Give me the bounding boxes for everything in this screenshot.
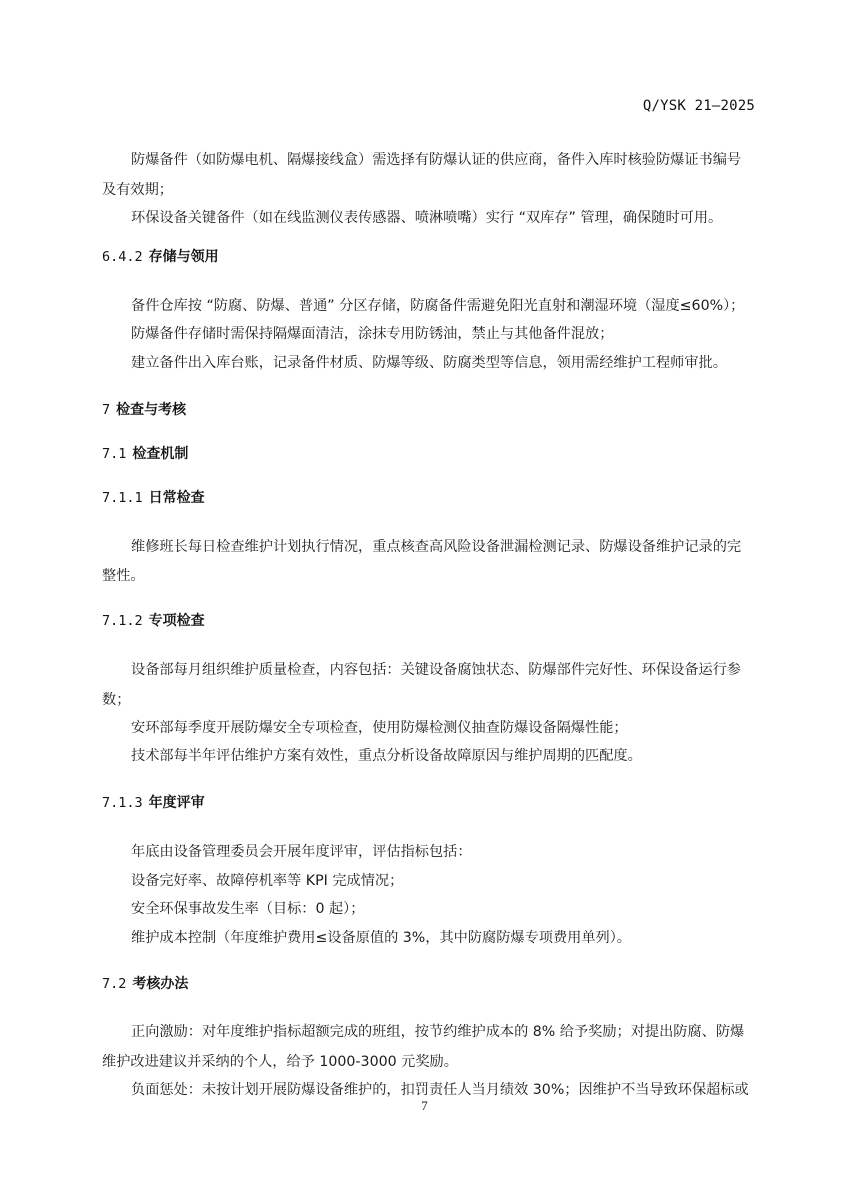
paragraph-kpi: 设备完好率、故障停机率等 KPI 完成情况； bbox=[131, 871, 801, 891]
section-number: 7.1.3 bbox=[102, 795, 143, 811]
paragraph-annual-review-intro: 年底由设备管理委员会开展年度评审，评估指标包括： bbox=[131, 842, 801, 862]
paragraph-semiannual-review: 技术部每半年评估维护方案有效性，重点分析设备故障原因与维护周期的匹配度。 bbox=[131, 746, 801, 766]
section-heading-7-1: 7.1检查机制 bbox=[102, 444, 188, 464]
section-number: 6.4.2 bbox=[102, 249, 143, 265]
paragraph-storage-zoning: 备件仓库按 “防腐、防爆、普通” 分区存储，防腐备件需避免阳光直射和潮湿环境（湿… bbox=[131, 296, 801, 316]
paragraph-positive-incentive-line1: 正向激励：对年度维护指标超额完成的班组，按节约维护成本的 8% 给予奖励；对提出… bbox=[131, 1022, 801, 1042]
paragraph-accident-rate: 安全环保事故发生率（目标：0 起）； bbox=[131, 899, 801, 919]
section-number: 7.1 bbox=[102, 446, 126, 462]
paragraph-daily-check-line2: 整性。 bbox=[102, 566, 772, 586]
document-code: Q/YSK 21—2025 bbox=[643, 98, 755, 114]
section-title: 存储与领用 bbox=[149, 249, 219, 265]
paragraph-quarterly-check: 安环部每季度开展防爆安全专项检查，使用防爆检测仪抽查防爆设备隔爆性能； bbox=[131, 718, 801, 738]
paragraph-cost-control: 维护成本控制（年度维护费用≤设备原值的 3%，其中防腐防爆专项费用单列）。 bbox=[131, 928, 801, 948]
section-heading-6-4-2: 6.4.2存储与领用 bbox=[102, 247, 219, 267]
section-number: 7.1.2 bbox=[102, 613, 143, 629]
paragraph-explosion-proof-spares-line1: 防爆备件（如防爆电机、隔爆接线盒）需选择有防爆认证的供应商，备件入库时核验防爆证… bbox=[131, 150, 801, 170]
page-number: 7 bbox=[0, 1098, 849, 1114]
paragraph-env-spares: 环保设备关键备件（如在线监测仪表传感器、喷淋喷嘴）实行 “双库存” 管理，确保随… bbox=[131, 208, 801, 228]
section-title: 年度评审 bbox=[149, 795, 205, 811]
section-number: 7 bbox=[102, 402, 110, 418]
paragraph-daily-check-line1: 维修班长每日检查维护计划执行情况，重点核查高风险设备泄漏检测记录、防爆设备维护记… bbox=[131, 537, 801, 557]
section-number: 7.2 bbox=[102, 976, 126, 992]
paragraph-storage-ledger: 建立备件出入库台账，记录备件材质、防爆等级、防腐类型等信息，领用需经维护工程师审… bbox=[131, 353, 801, 373]
section-title: 检查机制 bbox=[132, 446, 188, 462]
section-heading-7-1-1: 7.1.1日常检查 bbox=[102, 488, 205, 508]
section-heading-7-1-2: 7.1.2专项检查 bbox=[102, 611, 205, 631]
paragraph-positive-incentive-line2: 维护改进建议并采纳的个人，给予 1000-3000 元奖励。 bbox=[102, 1052, 772, 1072]
section-title: 检查与考核 bbox=[116, 402, 186, 418]
paragraph-negative-penalty: 负面惩处：未按计划开展防爆设备维护的，扣罚责任人当月绩效 30%；因维护不当导致… bbox=[131, 1080, 801, 1100]
section-heading-7-1-3: 7.1.3年度评审 bbox=[102, 793, 205, 813]
section-title: 考核办法 bbox=[132, 976, 188, 992]
section-heading-7-2: 7.2考核办法 bbox=[102, 974, 188, 994]
document-page: Q/YSK 21—2025 防爆备件（如防爆电机、隔爆接线盒）需选择有防爆认证的… bbox=[0, 0, 849, 1200]
paragraph-explosion-proof-spares-line2: 及有效期； bbox=[102, 180, 772, 200]
paragraph-special-check-line1: 设备部每月组织维护质量检查，内容包括：关键设备腐蚀状态、防爆部件完好性、环保设备… bbox=[131, 660, 801, 680]
section-title: 日常检查 bbox=[149, 490, 205, 506]
section-heading-7: 7检查与考核 bbox=[102, 400, 186, 420]
section-title: 专项检查 bbox=[149, 613, 205, 629]
paragraph-special-check-line2: 数； bbox=[102, 690, 772, 710]
paragraph-storage-cleaning: 防爆备件存储时需保持隔爆面清洁，涂抹专用防锈油，禁止与其他备件混放； bbox=[131, 324, 801, 344]
section-number: 7.1.1 bbox=[102, 490, 143, 506]
